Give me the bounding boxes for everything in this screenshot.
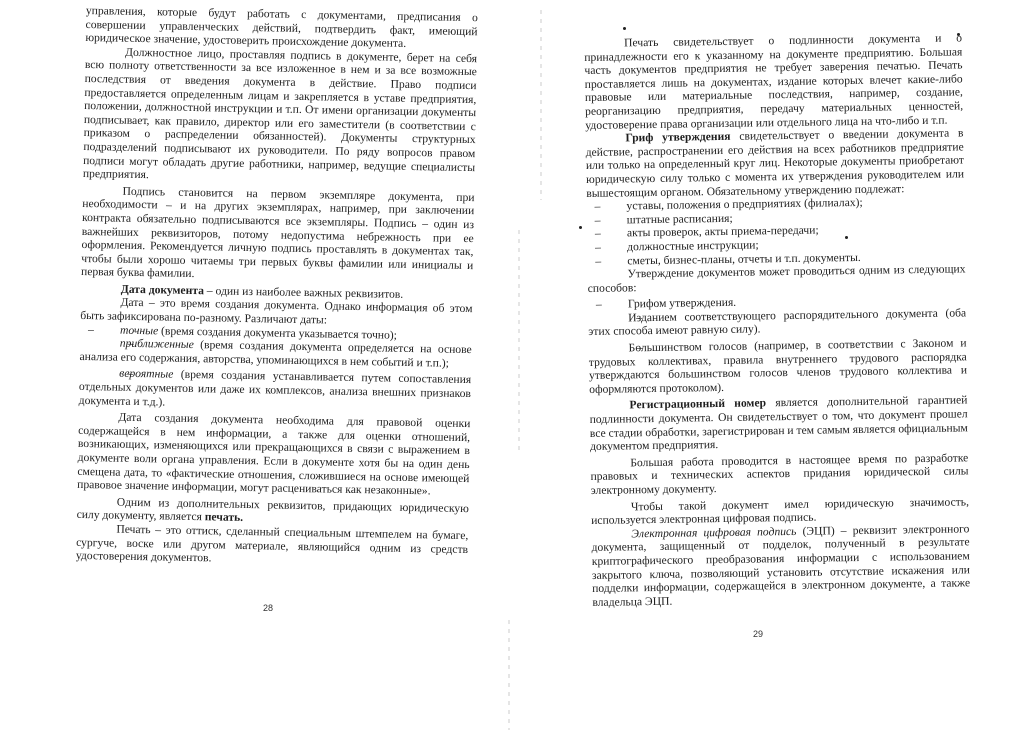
- dash-marker: –: [596, 311, 642, 325]
- registration-paragraph: Регистрационный номер является дополните…: [589, 394, 968, 454]
- list-item-text: штатные расписания;: [627, 212, 733, 227]
- paragraph: Должностное лицо, проставляя подпись в д…: [83, 45, 477, 188]
- left-page: управления, которые будут работать с док…: [76, 4, 478, 570]
- dash-marker: –: [597, 341, 643, 355]
- dash-marker: –: [594, 200, 600, 214]
- dash-marker: –: [87, 367, 133, 381]
- date-type-item: –приближенные (время создания документа …: [79, 336, 471, 370]
- center-fold-shadow: [508, 620, 510, 730]
- dash-marker: –: [88, 323, 94, 337]
- eds-paragraph: Электронная цифровая подпись (ЭЦП) – рек…: [591, 522, 970, 609]
- dash-marker: –: [595, 227, 601, 241]
- list-item-text: Изданием соответствующего распорядительн…: [588, 306, 966, 338]
- dash-marker: –: [595, 241, 601, 255]
- dash-marker: –: [596, 298, 602, 312]
- method-item: –Изданием соответствующего распорядитель…: [588, 306, 966, 339]
- method-item: –Большинством голосов (например, в соотв…: [589, 336, 968, 396]
- paragraph: Большая работа проводится в настоящее вр…: [590, 451, 969, 497]
- registration-term: Регистрационный номер: [629, 397, 766, 412]
- methods-intro: Утверждение документов может проводиться…: [587, 262, 965, 295]
- scan-speck: [579, 226, 582, 229]
- date-type-item: –вероятные (время создания устанавливает…: [79, 366, 472, 414]
- approval-paragraph: Гриф утверждения свидетельствует о введе…: [585, 127, 964, 201]
- book-spread: управления, которые будут работать с док…: [0, 0, 1024, 746]
- list-item-text: должностные инструкции;: [627, 238, 759, 253]
- paragraph: управления, которые будут работать с док…: [85, 4, 478, 52]
- date-heading-term: Дата документа: [121, 283, 204, 298]
- paragraph: Печать свидетельствует о подлинности док…: [584, 31, 963, 132]
- seal-definition: Печать – это оттиск, сделанный специальн…: [76, 522, 469, 570]
- paragraph: Подпись становится на первом экземпляре …: [81, 184, 475, 286]
- date-type-term: точные: [120, 323, 158, 337]
- page-number-right: 29: [753, 629, 763, 639]
- approval-term: Гриф утверждения: [625, 130, 730, 145]
- seal-intro-text: Одним из дополнительных реквизитов, прид…: [77, 495, 469, 523]
- list-item-text: Грифом утверждения.: [628, 296, 736, 311]
- right-page: Печать свидетельствует о подлинности док…: [584, 31, 970, 609]
- scan-speck: [623, 27, 626, 30]
- list-item-text: сметы, бизнес-планы, отчеты и т.п. докум…: [627, 250, 861, 266]
- dash-marker: –: [88, 336, 134, 350]
- list-item-text: Большинством голосов (например, в соотве…: [589, 336, 967, 395]
- dash-marker: –: [595, 213, 601, 227]
- page-number-left: 28: [263, 603, 273, 613]
- seal-term: печать.: [205, 511, 244, 525]
- dash-marker: –: [595, 254, 601, 268]
- center-fold-shadow: [540, 10, 542, 200]
- paragraph: Дата создания документа необходима для п…: [77, 410, 470, 499]
- center-fold-shadow: [518, 230, 520, 450]
